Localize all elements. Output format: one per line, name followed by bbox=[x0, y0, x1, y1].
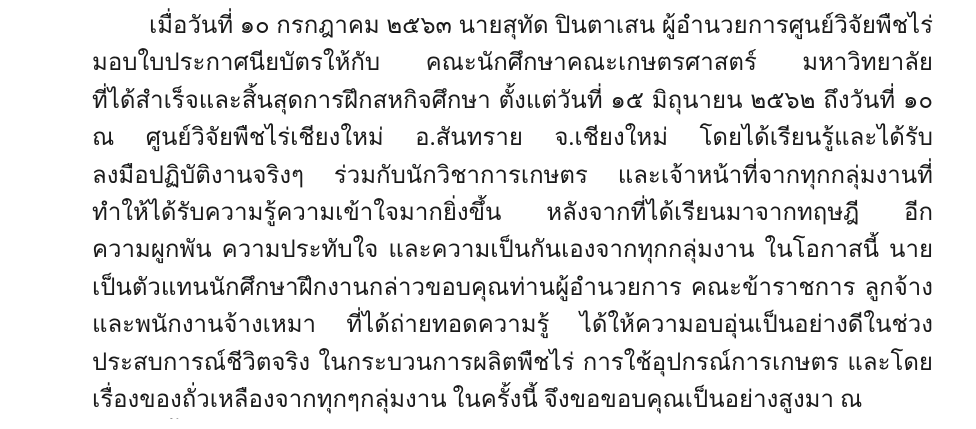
text-line: เรื่องของถั่วเหลืองจากทุกๆกลุ่มงาน ในครั… bbox=[92, 382, 933, 419]
text-line: ณ ศูนย์วิจัยพืชไร่เชียงใหม่ อ.สันทราย จ.… bbox=[92, 120, 933, 157]
text-line: ประสบการณ์ชีวิตจริง ในกระบวนการผลิตพืชไร… bbox=[92, 345, 933, 382]
document-page: เมื่อวันที่ ๑๐ กรกฎาคม ๒๕๖๓ นายสุทัด ปิน… bbox=[0, 0, 976, 429]
text-line: ทำให้ได้รับความรู้ความเข้าใจมากยิ่งขึ้น … bbox=[92, 195, 933, 232]
paragraph: เมื่อวันที่ ๑๐ กรกฎาคม ๒๕๖๓ นายสุทัด ปิน… bbox=[92, 8, 933, 419]
text-line: ความผูกพัน ความประทับใจ และความเป็นกันเอ… bbox=[92, 232, 933, 269]
text-line: เป็นตัวแทนนักศึกษาฝึกงานกล่าวขอบคุณท่านผ… bbox=[92, 270, 933, 307]
text-line: ลงมือปฏิบัติงานจริงๆ ร่วมกับนักวิชาการเก… bbox=[92, 158, 933, 195]
text-line: มอบใบประกาศนียบัตรให้กับ คณะนักศึกษาคณะเ… bbox=[92, 45, 933, 82]
text-line: เมื่อวันที่ ๑๐ กรกฎาคม ๒๕๖๓ นายสุทัด ปิน… bbox=[92, 8, 933, 45]
text-line: และพนักงานจ้างเหมา ที่ได้ถ่ายทอดความรู้ … bbox=[92, 307, 933, 344]
text-line: ที่ได้สำเร็จและสิ้นสุดการฝึกสหกิจศึกษา ต… bbox=[92, 83, 933, 120]
